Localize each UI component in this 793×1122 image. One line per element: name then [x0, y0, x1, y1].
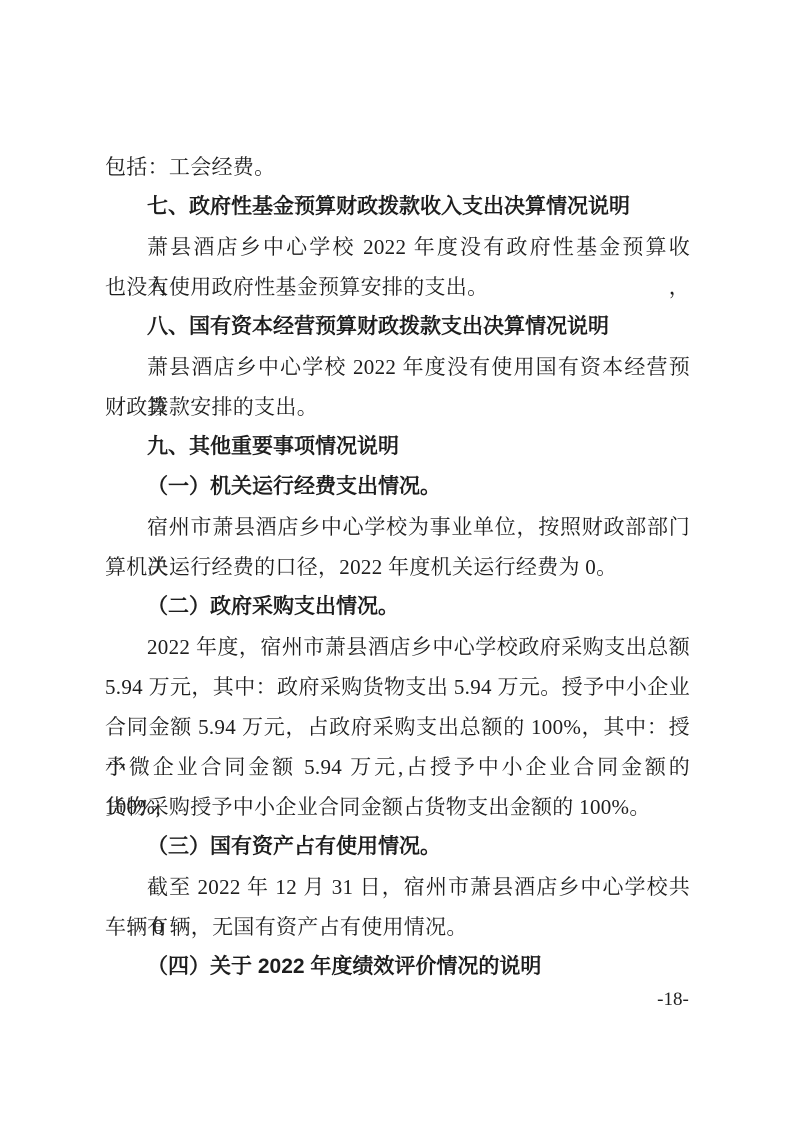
- text-line: 萧县酒店乡中心学校 2022 年度没有政府性基金预算收入，: [105, 227, 690, 267]
- text-line: 包括：工会经费。: [105, 147, 690, 187]
- section-heading: 八、国有资本经营预算财政拨款支出决算情况说明: [105, 307, 690, 347]
- text-line: 算机关运行经费的口径，2022 年度机关运行经费为 0。: [105, 547, 690, 587]
- subsection-heading: （一）机关运行经费支出情况。: [105, 467, 690, 507]
- section-heading: 七、政府性基金预算财政拨款收入支出决算情况说明: [105, 187, 690, 227]
- text-line: 合同金额 5.94 万元，占政府采购支出总额的 100%，其中：授予: [105, 707, 690, 747]
- text-line: 5.94 万元，其中：政府采购货物支出 5.94 万元。授予中小企业: [105, 667, 690, 707]
- text-line: 萧县酒店乡中心学校 2022 年度没有使用国有资本经营预算: [105, 347, 690, 387]
- subsection-heading: （二）政府采购支出情况。: [105, 587, 690, 627]
- subsection-heading: （三）国有资产占有使用情况。: [105, 827, 690, 867]
- section-heading: 九、其他重要事项情况说明: [105, 427, 690, 467]
- subsection-heading: （四）关于 2022 年度绩效评价情况的说明: [105, 947, 690, 987]
- text-line: 宿州市萧县酒店乡中心学校为事业单位，按照财政部部门决: [105, 507, 690, 547]
- text-line: 财政拨款安排的支出。: [105, 387, 690, 427]
- text-line: 货物采购授予中小企业合同金额占货物支出金额的 100%。: [105, 787, 690, 827]
- text-line: 截至 2022 年 12 月 31 日，宿州市萧县酒店乡中心学校共有: [105, 867, 690, 907]
- page-number: -18-: [648, 988, 698, 1012]
- text-line: 小微企业合同金额 5.94 万元,占授予中小企业合同金额的 100%;: [105, 747, 690, 787]
- document-page: 包括：工会经费。 七、政府性基金预算财政拨款收入支出决算情况说明 萧县酒店乡中心…: [0, 0, 793, 1122]
- text-line: 车辆 0 辆，无国有资产占有使用情况。: [105, 907, 690, 947]
- text-line: 2022 年度，宿州市萧县酒店乡中心学校政府采购支出总额: [105, 627, 690, 667]
- document-body: 包括：工会经费。 七、政府性基金预算财政拨款收入支出决算情况说明 萧县酒店乡中心…: [105, 147, 690, 987]
